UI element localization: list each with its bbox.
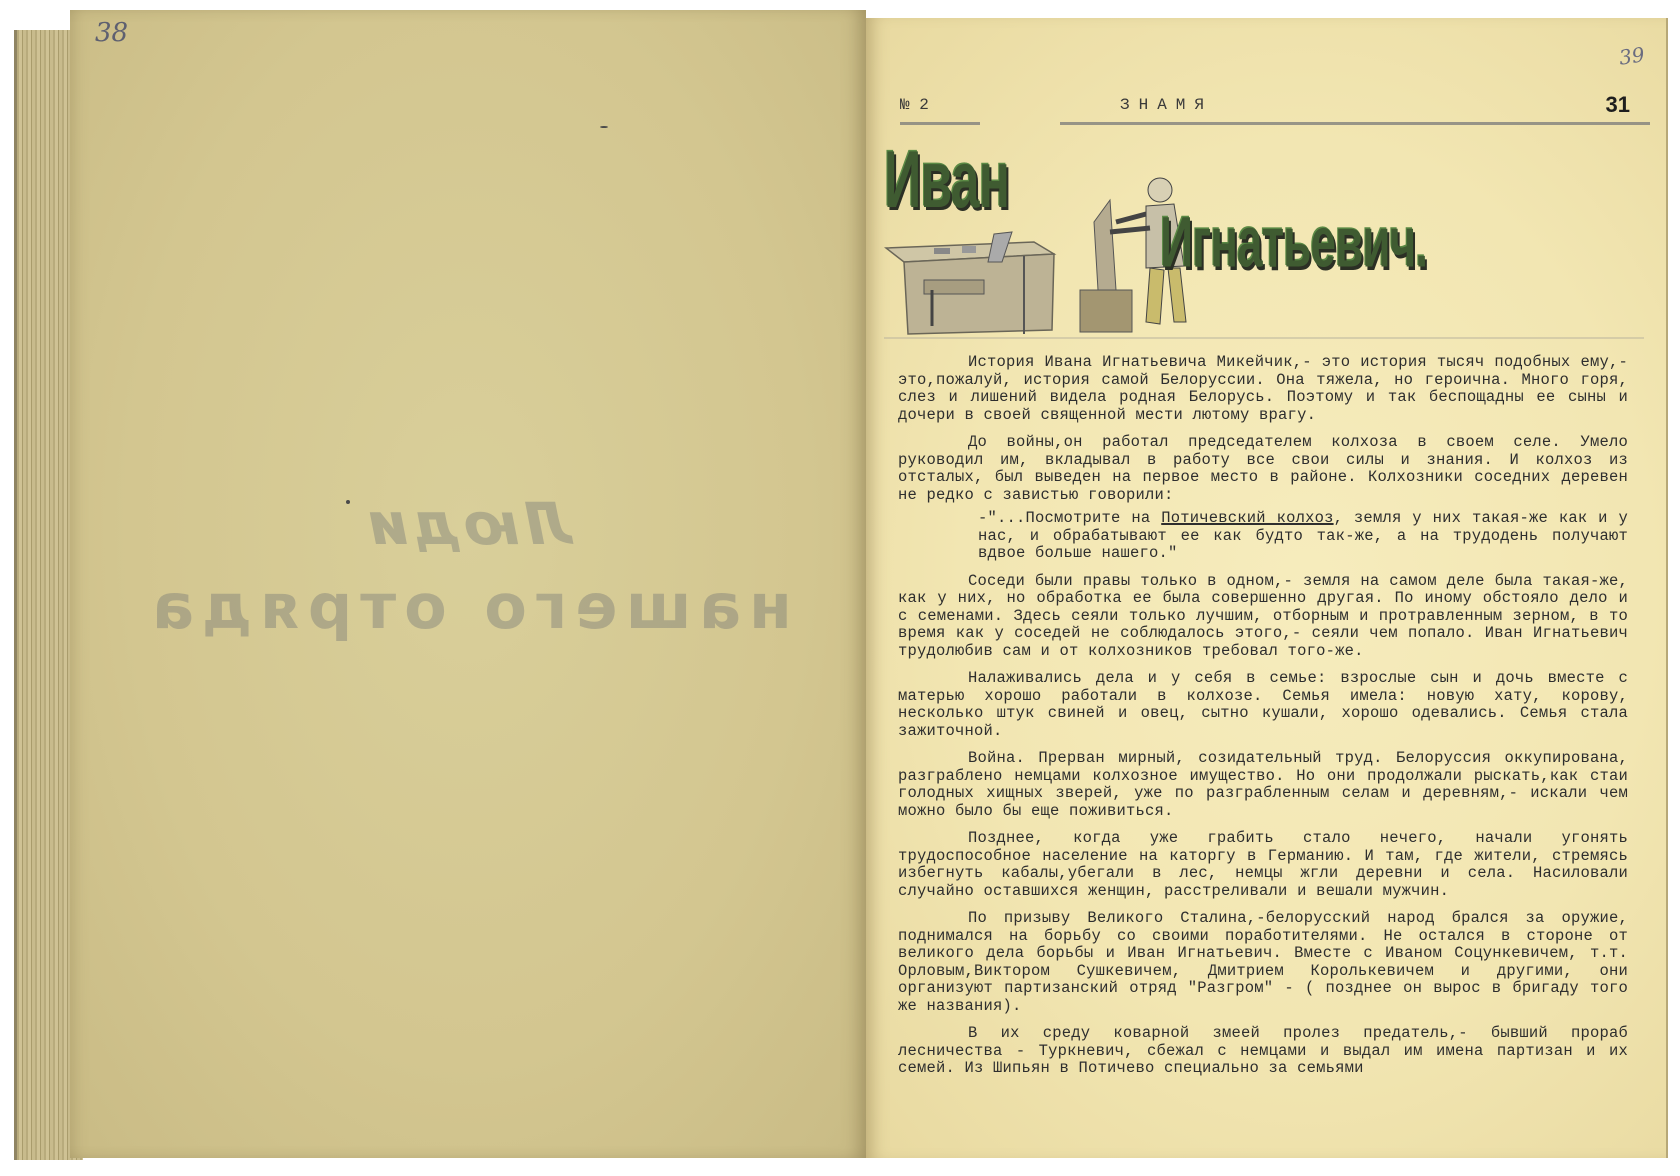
title-patronymic: Игнатьевич.	[1160, 200, 1427, 284]
ink-spot	[346, 500, 350, 504]
book-spread: Люди нашего отряда 38 39 № 2 ЗНАМЯ 31	[0, 0, 1680, 1176]
title-first-name: Иван	[884, 134, 1009, 227]
header-rule	[900, 122, 980, 125]
title-block: Иван Игнатьевич.	[884, 130, 1644, 340]
paragraph: До войны,он работал председателем колхоз…	[898, 434, 1628, 504]
header-rule	[1060, 122, 1650, 125]
paragraph: По призыву Великого Сталина,-белорусский…	[898, 910, 1628, 1015]
bleed-through-line-1: Люди	[70, 490, 866, 558]
publication-title: ЗНАМЯ	[1120, 96, 1213, 114]
paragraph: История Ивана Игнатьевича Микейчик,- это…	[898, 354, 1628, 424]
handwritten-folio-right: 39	[1617, 42, 1646, 69]
underlined-kolkhoz-name: Потичевский колхоз	[1161, 509, 1333, 527]
paragraph: Война. Прерван мирный, созидательный тру…	[898, 750, 1628, 820]
page-number: 31	[1606, 92, 1630, 118]
paragraph: В их среду коварной змеей пролез предате…	[898, 1025, 1628, 1078]
quote-prefix: -"...Посмотрите на	[978, 509, 1161, 527]
right-page: 39 № 2 ЗНАМЯ 31	[866, 18, 1668, 1158]
left-page: Люди нашего отряда	[70, 10, 866, 1158]
bleed-through-line-2: нашего отряда	[70, 570, 866, 643]
paragraph: Позднее, когда уже грабить стало нечего,…	[898, 830, 1628, 900]
page-header: № 2 ЗНАМЯ 31	[900, 78, 1640, 122]
paragraph: Налаживались дела и у себя в семье: взро…	[898, 670, 1628, 740]
paragraph: Соседи были правы только в одном,- земля…	[898, 573, 1628, 661]
ink-spot	[600, 126, 608, 128]
quote-block: -"...Посмотрите на Потичевский колхоз, з…	[978, 510, 1628, 563]
article-body: История Ивана Игнатьевича Микейчик,- это…	[898, 354, 1628, 1088]
handwritten-folio-left: 38	[95, 18, 128, 48]
issue-number: № 2	[900, 96, 929, 114]
